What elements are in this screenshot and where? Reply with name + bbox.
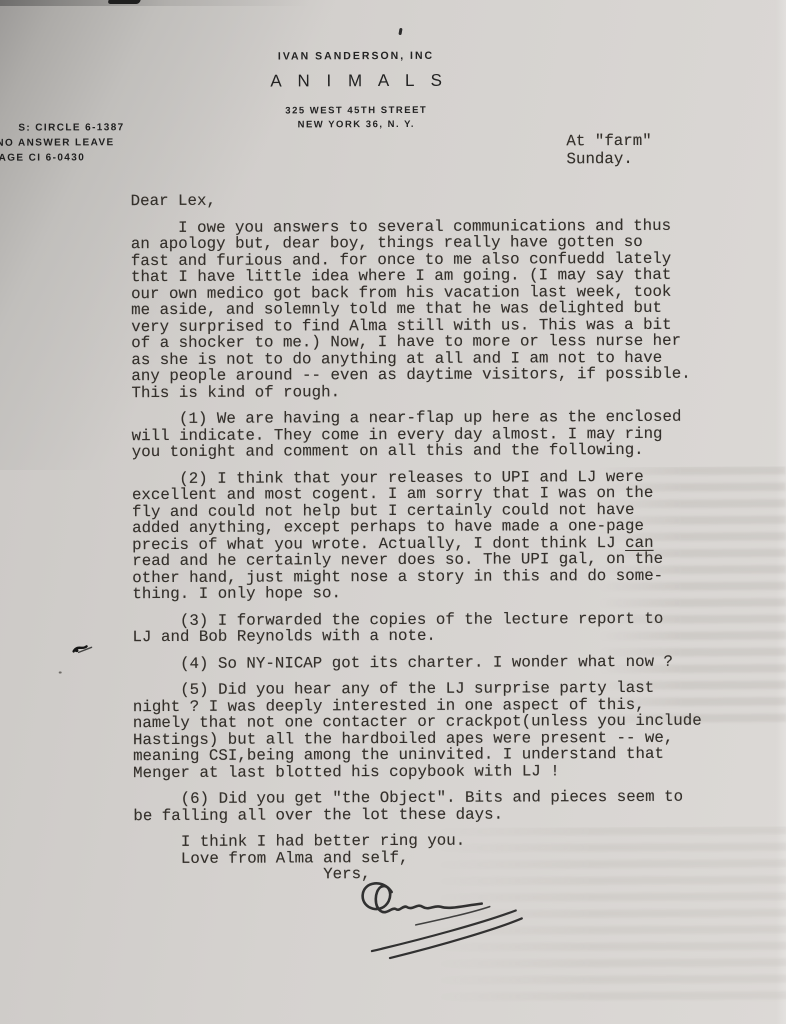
paragraph: (3) I forwarded the copies of the lectur…	[132, 610, 752, 646]
phone-line: NO ANSWER LEAVE	[0, 135, 125, 151]
dateline-location: At "farm"	[566, 132, 651, 150]
margin-ink-smudge	[71, 639, 97, 662]
letterhead: IVAN SANDERSON, INC A N I M A L S 325 WE…	[236, 50, 476, 131]
typed-line: thing. I only hope so.	[132, 583, 752, 602]
handwritten-signature-ivan	[346, 877, 546, 983]
typed-line: (4) So NY-NICAP got its charter. I wonde…	[133, 653, 753, 672]
paragraph: (4) So NY-NICAP got its charter. I wonde…	[133, 653, 753, 672]
typed-line: Menger at last blotted his copybook with…	[133, 762, 753, 781]
typed-line: meaning CSI,being among the uninvited. I…	[133, 745, 753, 764]
typed-line: (3) I forwarded the copies of the lectur…	[132, 610, 752, 629]
typed-line: you tonight and comment on all this and …	[132, 441, 752, 460]
typed-line: any people around -- even as daytime vis…	[131, 365, 751, 384]
dateline-day: Sunday.	[566, 150, 651, 168]
closing-block: I think I had better ring you. Love from…	[133, 831, 753, 883]
typed-line: other hand, just might nose a story in t…	[132, 567, 752, 586]
letter-content: IVAN SANDERSON, INC A N I M A L S 325 WE…	[0, 0, 786, 1024]
typed-line: LJ and Bob Reynolds with a note.	[133, 626, 753, 645]
paragraph: (1) We are having a near-flap up here as…	[132, 408, 752, 460]
typed-line: This is kind of rough.	[131, 382, 751, 401]
signature-scrawl	[346, 877, 546, 988]
ink-smudge-mark	[71, 639, 97, 657]
phone-contact-block: S: CIRCLE 6-1387 NO ANSWER LEAVE SSAGE C…	[0, 120, 125, 166]
letterhead-brand: A N I M A L S	[236, 71, 476, 92]
underlined-word: can	[625, 533, 654, 551]
margin-fleck	[59, 671, 62, 673]
salutation: Dear Lex,	[131, 190, 751, 209]
letterhead-company-name: IVAN SANDERSON, INC	[236, 50, 476, 63]
dateline: At "farm" Sunday.	[566, 132, 651, 168]
paragraph: (5) Did you hear any of the LJ surprise …	[133, 679, 753, 781]
paragraph: (6) Did you get "the Object". Bits and p…	[133, 788, 753, 824]
phone-line: S: CIRCLE 6-1387	[0, 120, 125, 136]
paragraph: I owe you answers to several communicati…	[131, 217, 752, 401]
phone-line: SSAGE CI 6-0430	[0, 150, 125, 166]
scanned-letter-page: IVAN SANDERSON, INC A N I M A L S 325 WE…	[0, 0, 786, 1024]
typed-line: (6) Did you get "the Object". Bits and p…	[133, 788, 753, 807]
letterhead-street-address: 325 WEST 45TH STREET	[236, 105, 476, 117]
paragraph: (2) I think that your releases to UPI an…	[132, 468, 753, 603]
letter-body: Dear Lex, I owe you answers to several c…	[131, 190, 754, 883]
typed-line: be falling all over the lot these days.	[133, 805, 753, 824]
letterhead-city-address: NEW YORK 36, N. Y.	[236, 119, 476, 131]
